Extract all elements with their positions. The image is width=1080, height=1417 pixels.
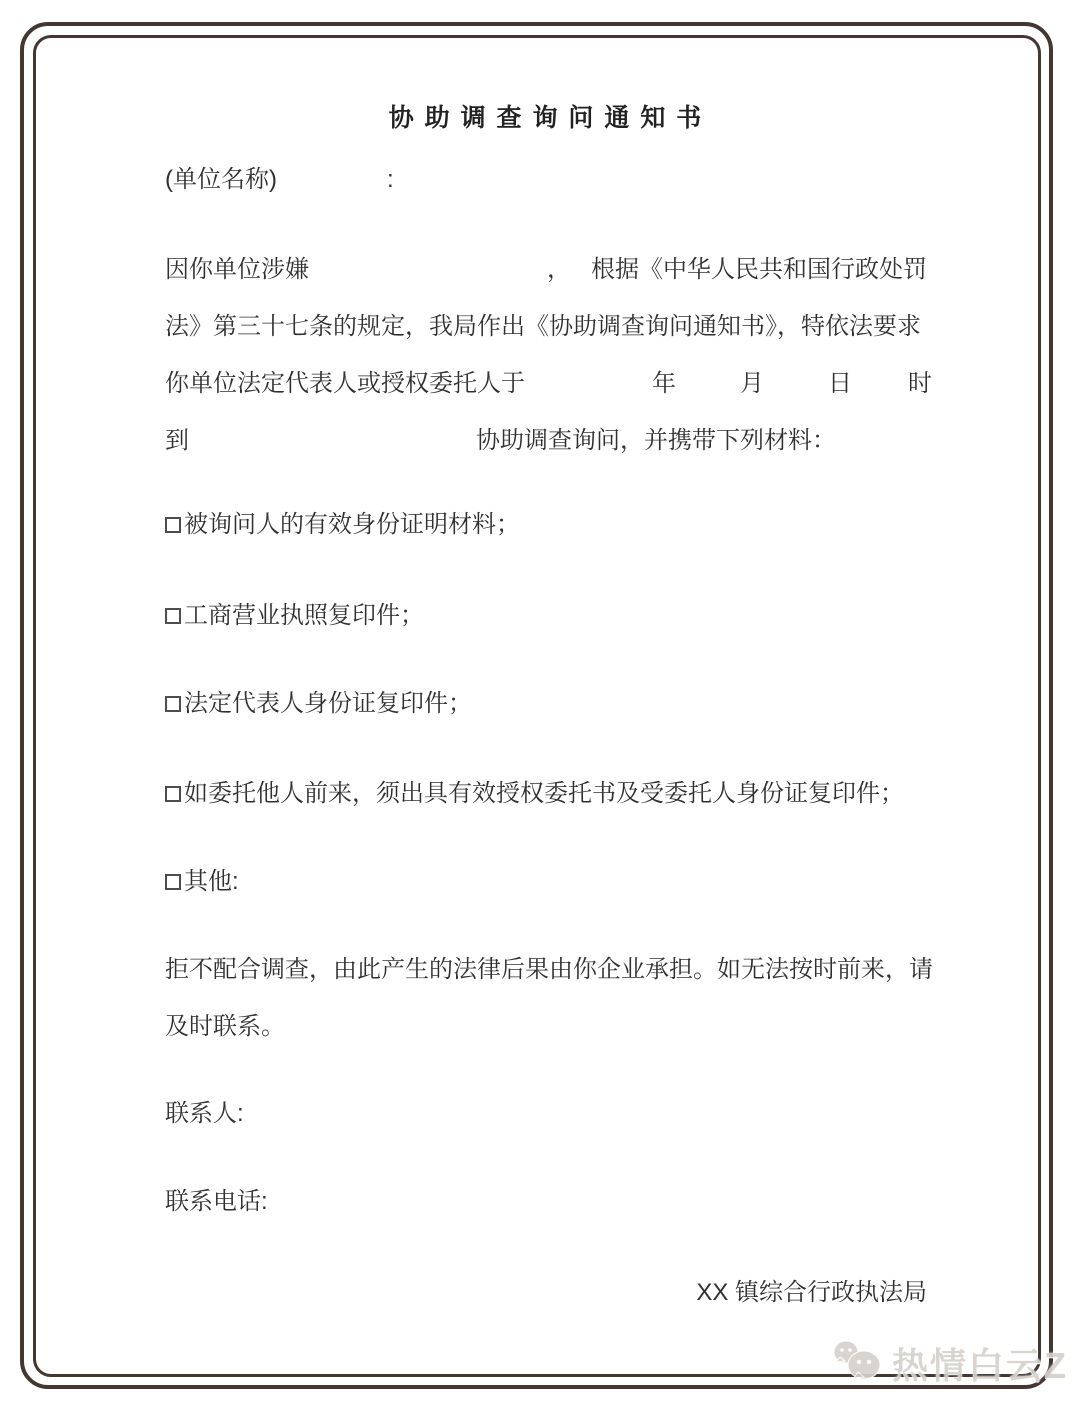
body-line-1-text: 因你单位涉嫌 — [165, 256, 309, 283]
body-line-1: 因你单位涉嫌，根据《中华人民共和国行政处罚 — [165, 255, 927, 285]
hour-label: 时 — [908, 370, 932, 397]
body-line-4-text: 协助调查询问，并携带下列材料： — [476, 427, 836, 454]
checkbox-icon[interactable] — [165, 517, 181, 533]
body-line-3-text: 你单位法定代表人或授权委托人于 — [165, 370, 525, 397]
document-page: 协 助 调 查 询 问 通 知 书 (单位名称): 因你单位涉嫌，根据《中华人民… — [0, 0, 1080, 1417]
material-item-other: 其他: — [165, 867, 927, 897]
body-line-1-comma: ， — [547, 256, 571, 283]
body-line-2: 法》第三十七条的规定，我局作出《协助调查询问通知书》，特依法要求 — [165, 312, 927, 342]
material-label: 其他: — [184, 868, 239, 895]
chat-bubbles-logo-icon — [832, 1338, 884, 1389]
year-blank — [525, 390, 652, 391]
month-blank — [676, 390, 740, 391]
hour-blank — [852, 390, 908, 391]
body-line-3: 你单位法定代表人或授权委托人于年月日时 — [165, 369, 927, 399]
to-label: 到 — [165, 427, 189, 454]
month-label: 月 — [740, 370, 764, 397]
body-line-1-text2: 根据《中华人民共和国行政处罚 — [591, 256, 927, 283]
unit-name-label: (单位名称) — [165, 166, 277, 193]
unit-name-line: (单位名称): — [165, 165, 927, 195]
checkbox-icon[interactable] — [165, 786, 181, 802]
watermark-text: 热情白云Z — [892, 1338, 1068, 1389]
watermark: 热情白云Z — [832, 1338, 1068, 1389]
suspected-violation-blank — [309, 276, 547, 277]
unit-name-blank — [277, 186, 387, 187]
checkbox-icon[interactable] — [165, 696, 181, 712]
warning-line-1: 拒不配合调查，由此产生的法律后果由你企业承担。如无法按时前来，请 — [165, 955, 927, 985]
issuer-signature: XX 镇综合行政执法局 — [165, 1278, 927, 1308]
warning-line-2: 及时联系。 — [165, 1012, 927, 1042]
material-label: 法定代表人身份证复印件； — [184, 690, 472, 717]
checkbox-icon[interactable] — [165, 874, 181, 890]
document-title: 协 助 调 查 询 问 通 知 书 — [165, 103, 927, 133]
day-blank — [764, 390, 828, 391]
day-label: 日 — [828, 370, 852, 397]
checkbox-icon[interactable] — [165, 608, 181, 624]
material-label: 工商营业执照复印件； — [184, 602, 424, 629]
unit-name-colon: : — [387, 166, 394, 193]
contact-phone-line: 联系电话: — [165, 1187, 927, 1217]
material-item: 如委托他人前来，须出具有效授权委托书及受委托人身份证复印件； — [165, 779, 927, 809]
small-gap — [571, 276, 591, 277]
material-item: 法定代表人身份证复印件； — [165, 689, 927, 719]
material-label: 如委托他人前来，须出具有效授权委托书及受委托人身份证复印件； — [184, 780, 904, 807]
location-blank — [189, 447, 476, 448]
material-label: 被询问人的有效身份证明材料； — [184, 511, 520, 538]
body-line-4: 到协助调查询问，并携带下列材料： — [165, 426, 927, 456]
material-item: 被询问人的有效身份证明材料； — [165, 510, 927, 540]
year-label: 年 — [652, 370, 676, 397]
material-item: 工商营业执照复印件； — [165, 601, 927, 631]
contact-person-line: 联系人: — [165, 1099, 927, 1129]
